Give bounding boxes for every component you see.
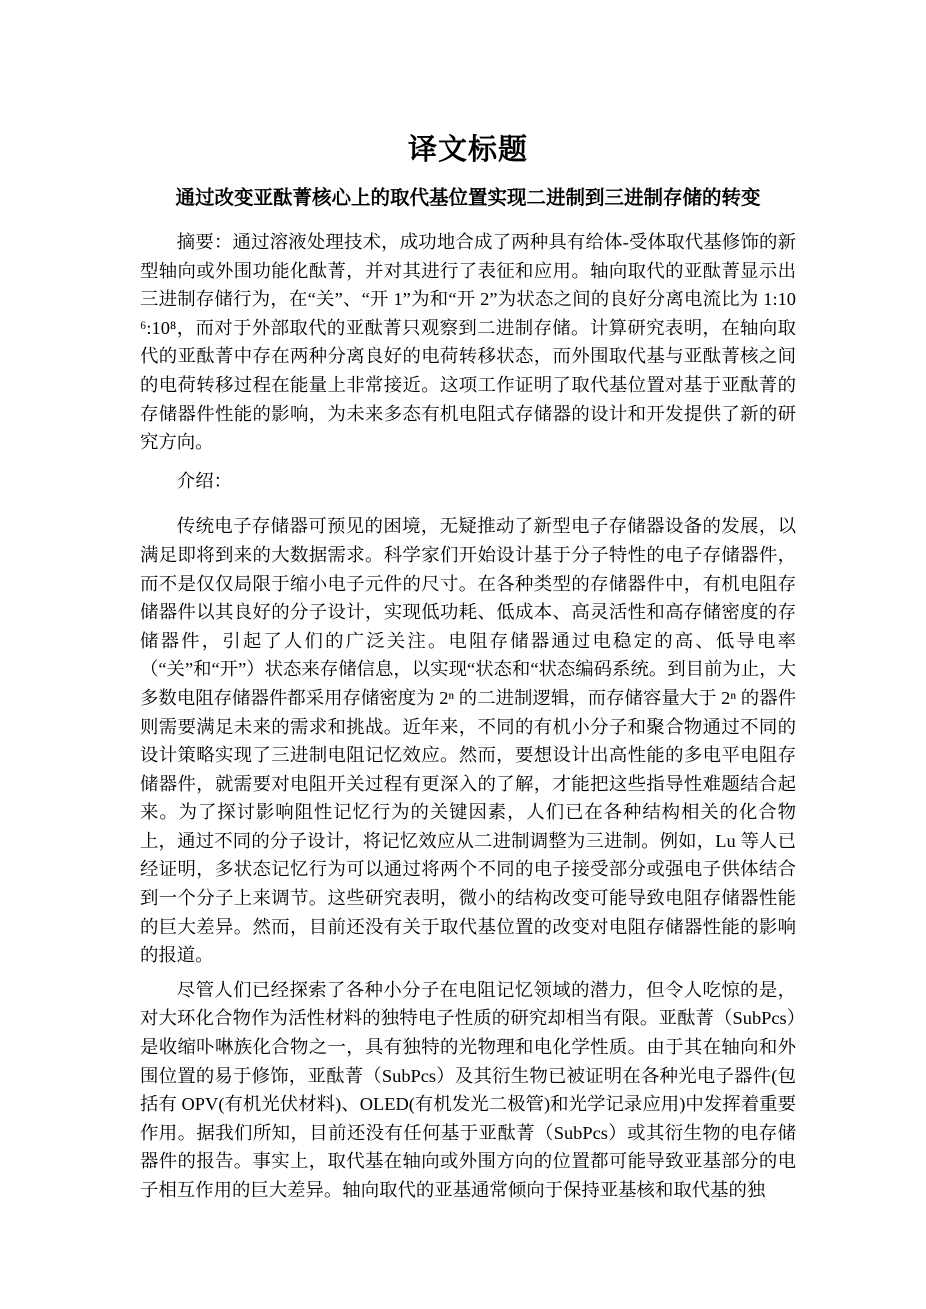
introduction-paragraph-2: 尽管人们已经探索了各种小分子在电阻记忆领域的潜力，但令人吃惊的是，对大环化合物作… bbox=[140, 976, 796, 1205]
page-title: 译文标题 bbox=[140, 132, 796, 168]
abstract-paragraph: 摘要：通过溶液处理技术，成功地合成了两种具有给体-受体取代基修饰的新型轴向或外围… bbox=[140, 228, 796, 457]
document-page: 译文标题 通过改变亚酞菁核心上的取代基位置实现二进制到三进制存储的转变 摘要：通… bbox=[0, 0, 926, 1309]
introduction-heading: 介绍： bbox=[140, 467, 796, 496]
introduction-paragraph-1: 传统电子存储器可预见的困境，无疑推动了新型电子存储器设备的发展，以满足即将到来的… bbox=[140, 512, 796, 970]
paper-title: 通过改变亚酞菁核心上的取代基位置实现二进制到三进制存储的转变 bbox=[140, 184, 796, 214]
